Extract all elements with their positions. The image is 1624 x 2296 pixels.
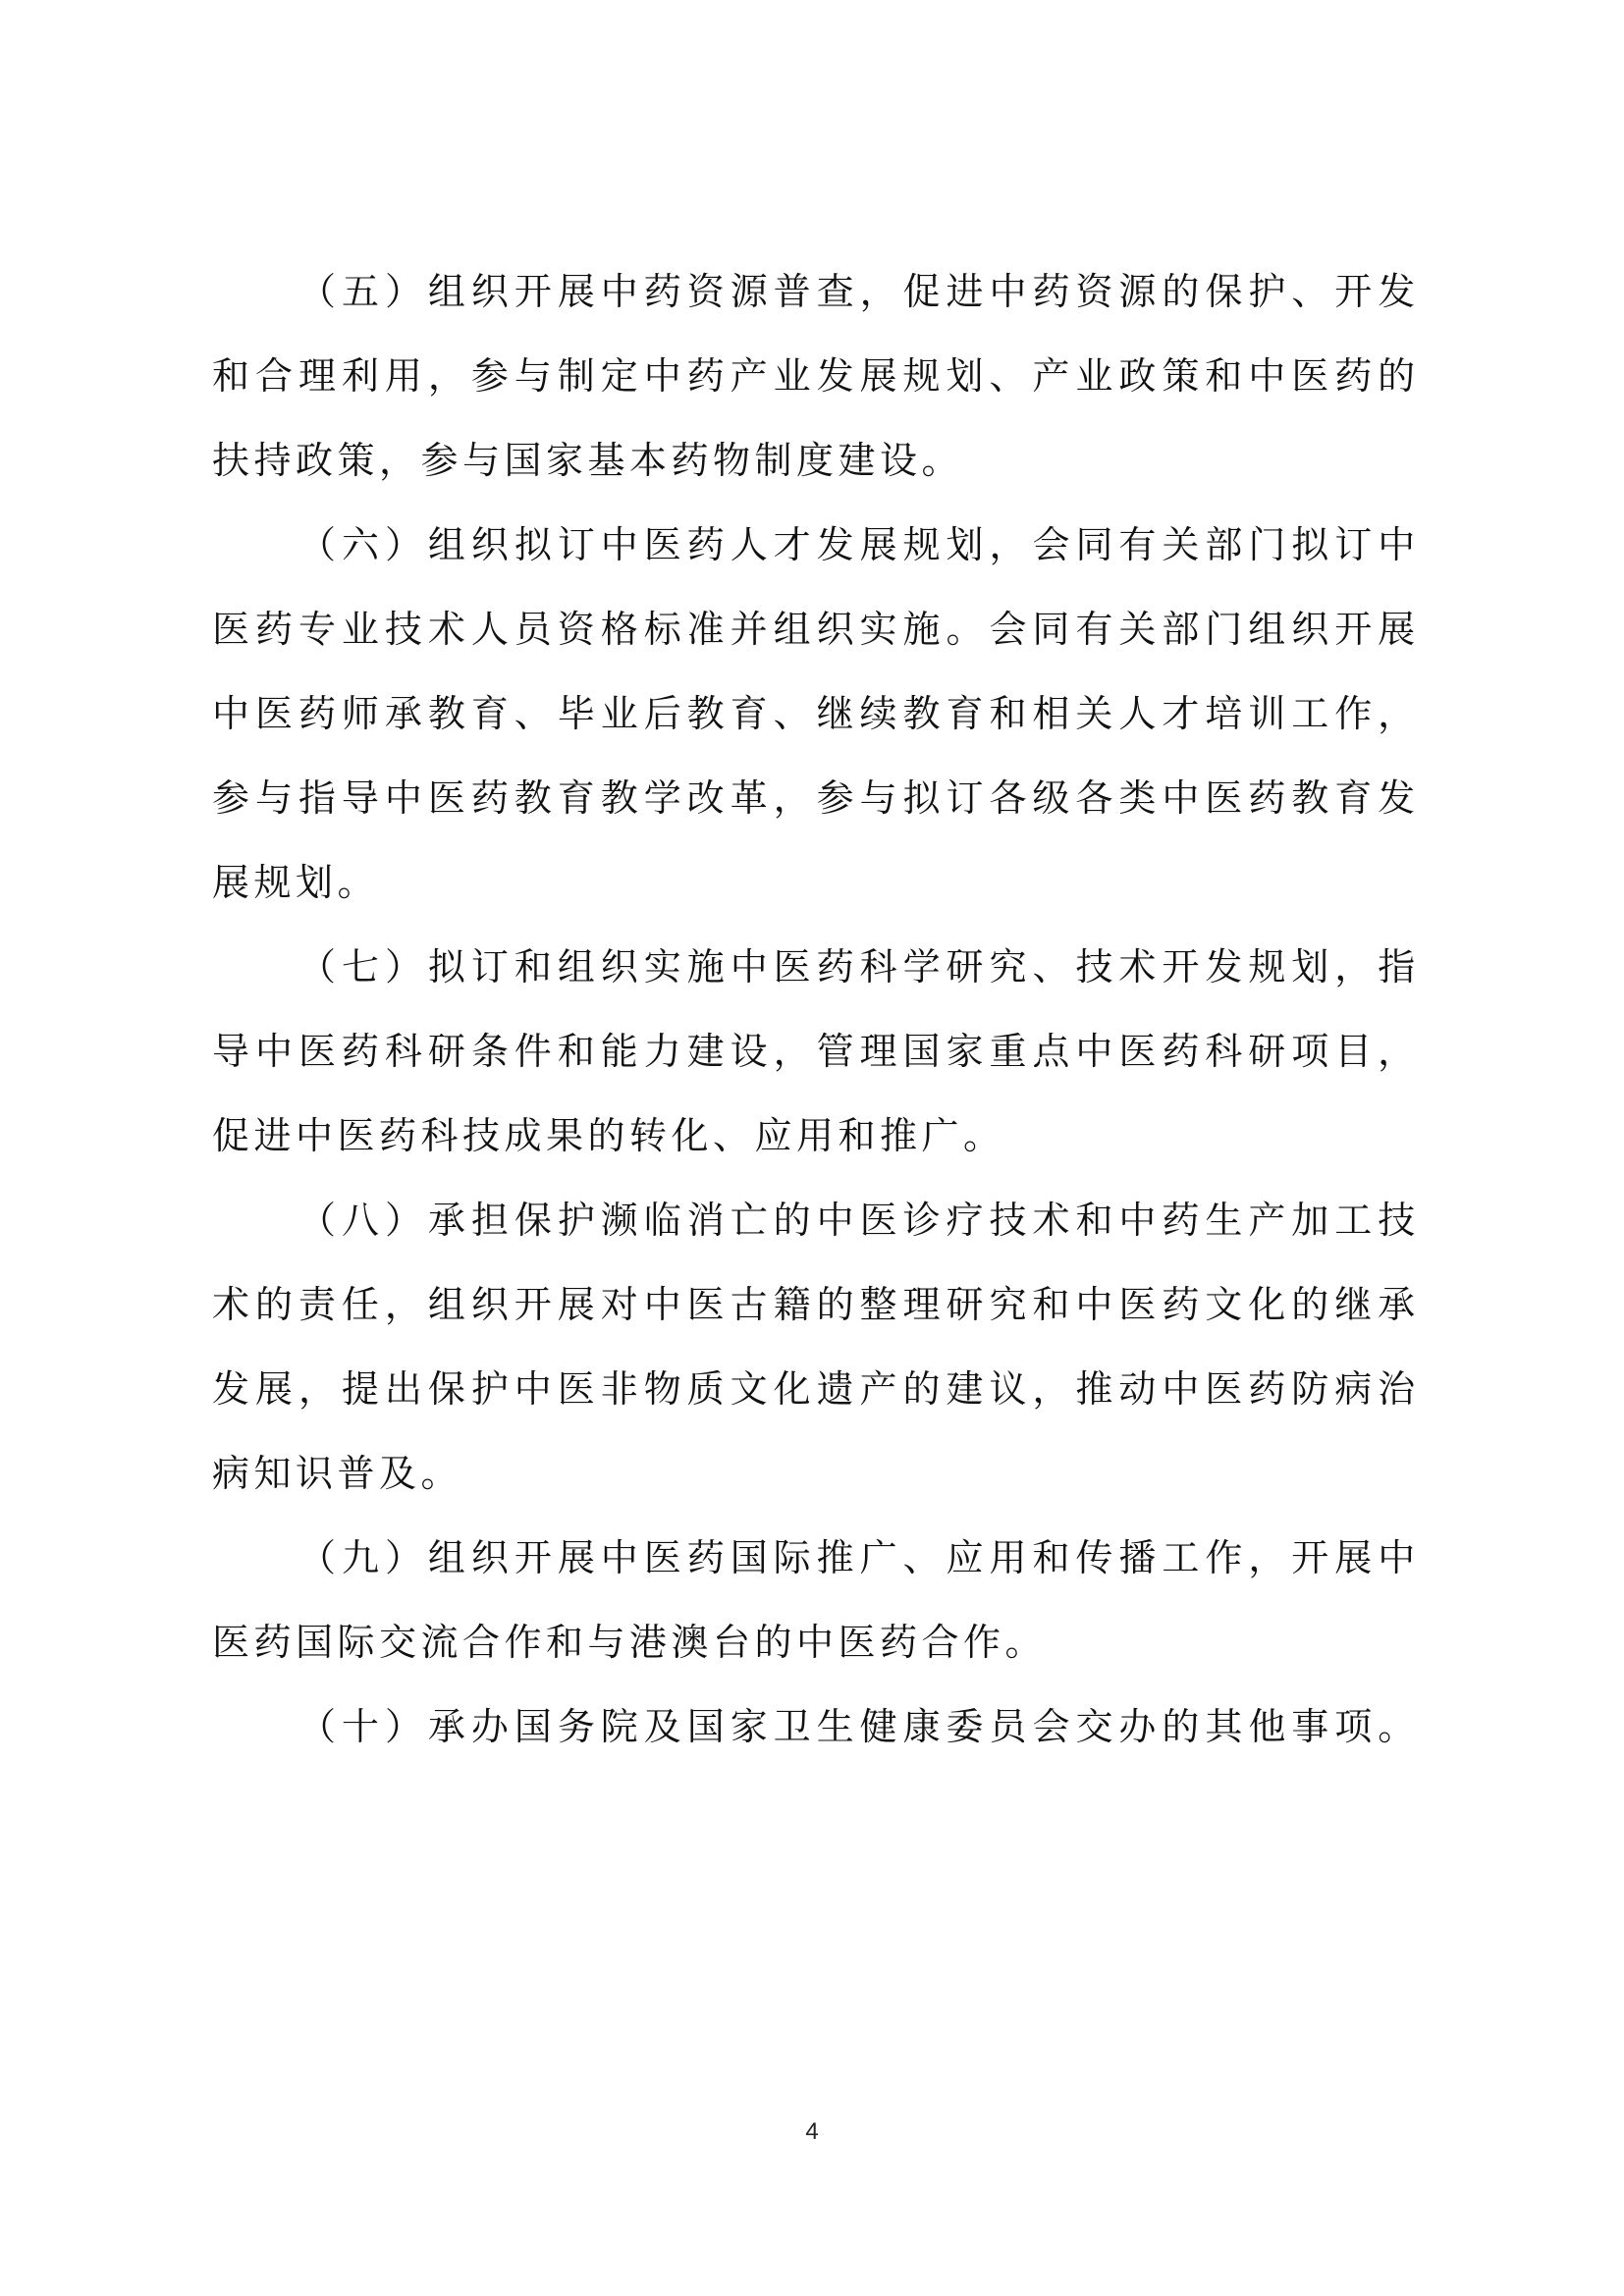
paragraph-6-line-2: 医药专业技术人员资格标准并组织实施。会同有关部门组织开展 <box>212 587 1420 671</box>
paragraph-8-line-2: 术的责任，组织开展对中医古籍的整理研究和中医药文化的继承 <box>212 1262 1420 1347</box>
paragraph-6-line-3: 中医药师承教育、毕业后教育、继续教育和相关人才培训工作， <box>212 671 1420 756</box>
document-body: （五）组织开展中药资源普查，促进中药资源的保护、开发 和合理利用，参与制定中药产… <box>212 249 1420 1769</box>
paragraph-8-line-3: 发展，提出保护中医非物质文化遗产的建议，推动中医药防病治 <box>212 1347 1420 1431</box>
paragraph-10-line-1: （十）承办国务院及国家卫生健康委员会交办的其他事项。 <box>212 1684 1420 1769</box>
paragraph-7-line-3: 促进中医药科技成果的转化、应用和推广。 <box>212 1094 1420 1178</box>
paragraph-9-line-1: （九）组织开展中医药国际推广、应用和传播工作，开展中 <box>212 1516 1420 1600</box>
page-number: 4 <box>0 2118 1624 2146</box>
paragraph-6-line-1: （六）组织拟订中医药人才发展规划，会同有关部门拟订中 <box>212 503 1420 587</box>
paragraph-8-line-4: 病知识普及。 <box>212 1431 1420 1516</box>
paragraph-9-line-2: 医药国际交流合作和与港澳台的中医药合作。 <box>212 1600 1420 1684</box>
document-page: （五）组织开展中药资源普查，促进中药资源的保护、开发 和合理利用，参与制定中药产… <box>0 0 1624 2296</box>
paragraph-8-line-1: （八）承担保护濒临消亡的中医诊疗技术和中药生产加工技 <box>212 1178 1420 1262</box>
paragraph-7-line-2: 导中医药科研条件和能力建设，管理国家重点中医药科研项目， <box>212 1009 1420 1094</box>
paragraph-7-line-1: （七）拟订和组织实施中医药科学研究、技术开发规划，指 <box>212 925 1420 1009</box>
paragraph-5-line-1: （五）组织开展中药资源普查，促进中药资源的保护、开发 <box>212 249 1420 334</box>
paragraph-6-line-4: 参与指导中医药教育教学改革，参与拟订各级各类中医药教育发 <box>212 756 1420 840</box>
paragraph-6-line-5: 展规划。 <box>212 840 1420 925</box>
paragraph-5-line-3: 扶持政策，参与国家基本药物制度建设。 <box>212 418 1420 503</box>
paragraph-5-line-2: 和合理利用，参与制定中药产业发展规划、产业政策和中医药的 <box>212 334 1420 418</box>
